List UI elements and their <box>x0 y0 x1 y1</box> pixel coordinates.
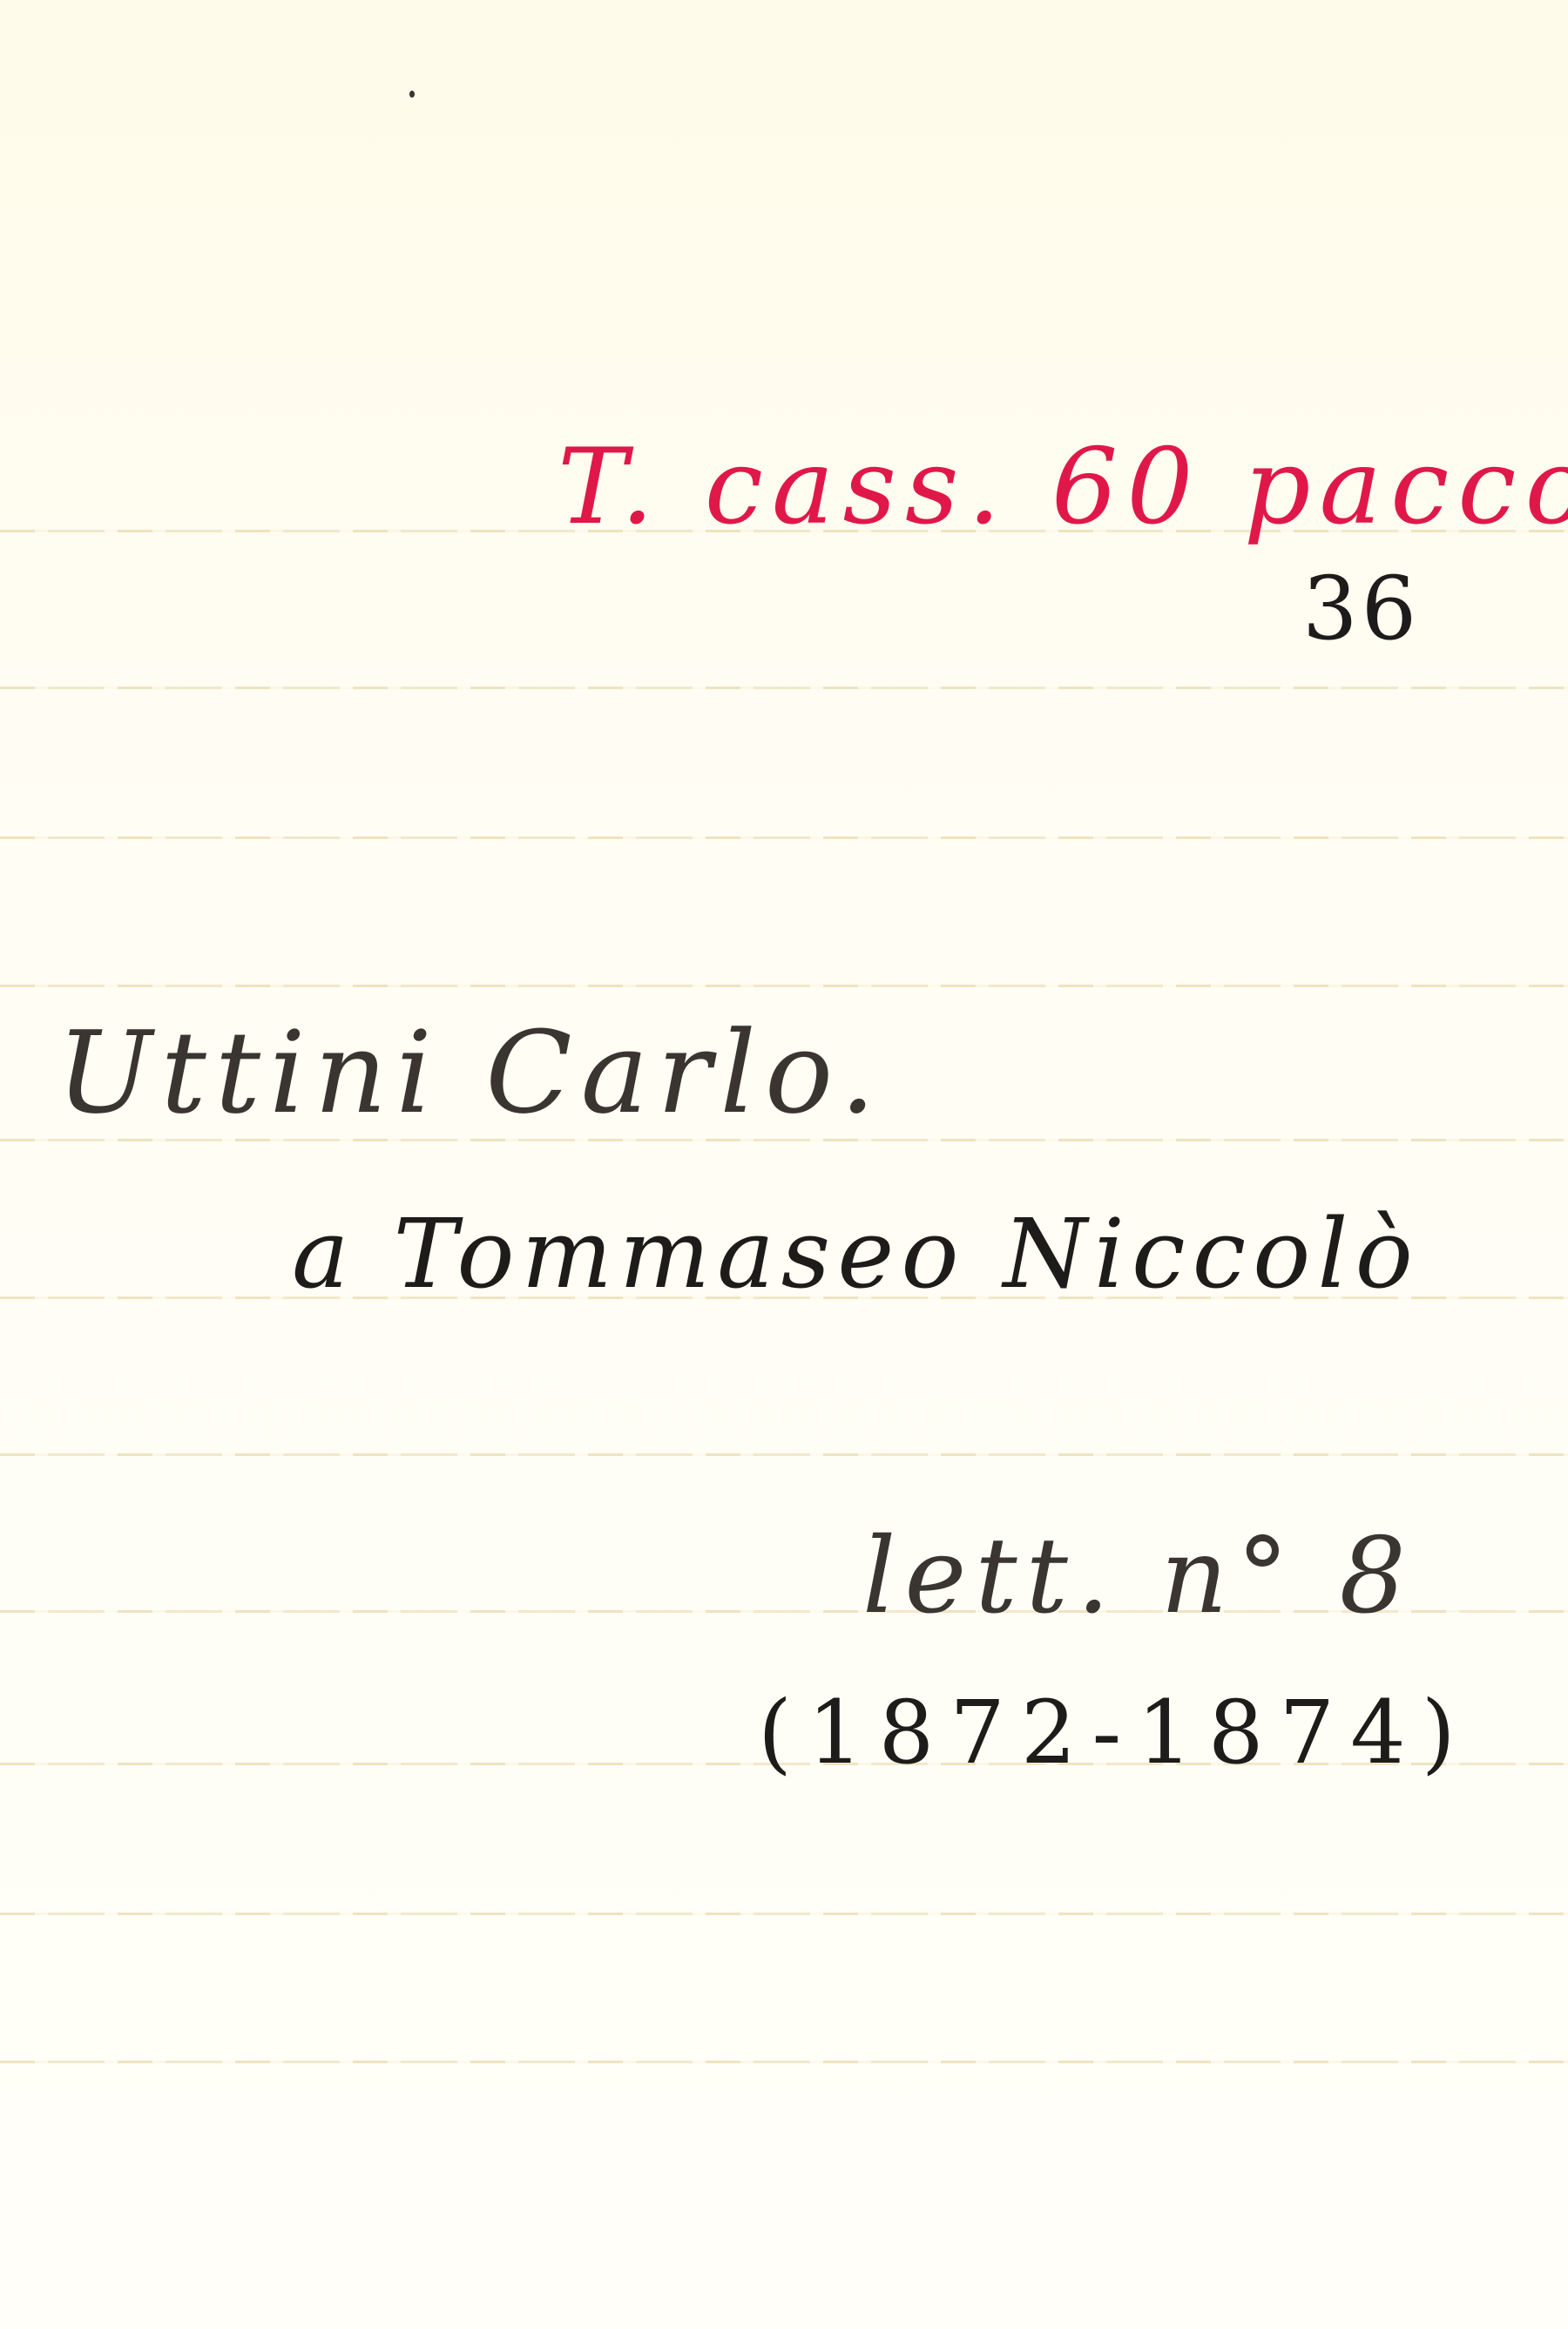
ink-speck <box>409 91 415 98</box>
ruled-line <box>0 1139 1568 1141</box>
ruled-line <box>0 1453 1568 1456</box>
ruled-line <box>0 985 1568 987</box>
item-number: 36 <box>1302 558 1420 660</box>
date-range: (1872-1874) <box>758 1682 1471 1784</box>
letter-count: lett. n° 8 <box>862 1516 1415 1637</box>
ruled-line <box>0 836 1568 839</box>
recipient-name: a Tommaseo Niccolò <box>292 1198 1420 1310</box>
index-card: T. cass. 60 pacco 114. 36 Uttini Carlo. … <box>0 0 1568 2329</box>
ruled-line <box>0 1913 1568 1915</box>
ruled-line <box>0 2061 1568 2063</box>
archive-location-reference: T. cass. 60 pacco 114. <box>558 427 1568 548</box>
ruled-line <box>0 687 1568 689</box>
sender-name: Uttini Carlo. <box>57 1006 884 1139</box>
